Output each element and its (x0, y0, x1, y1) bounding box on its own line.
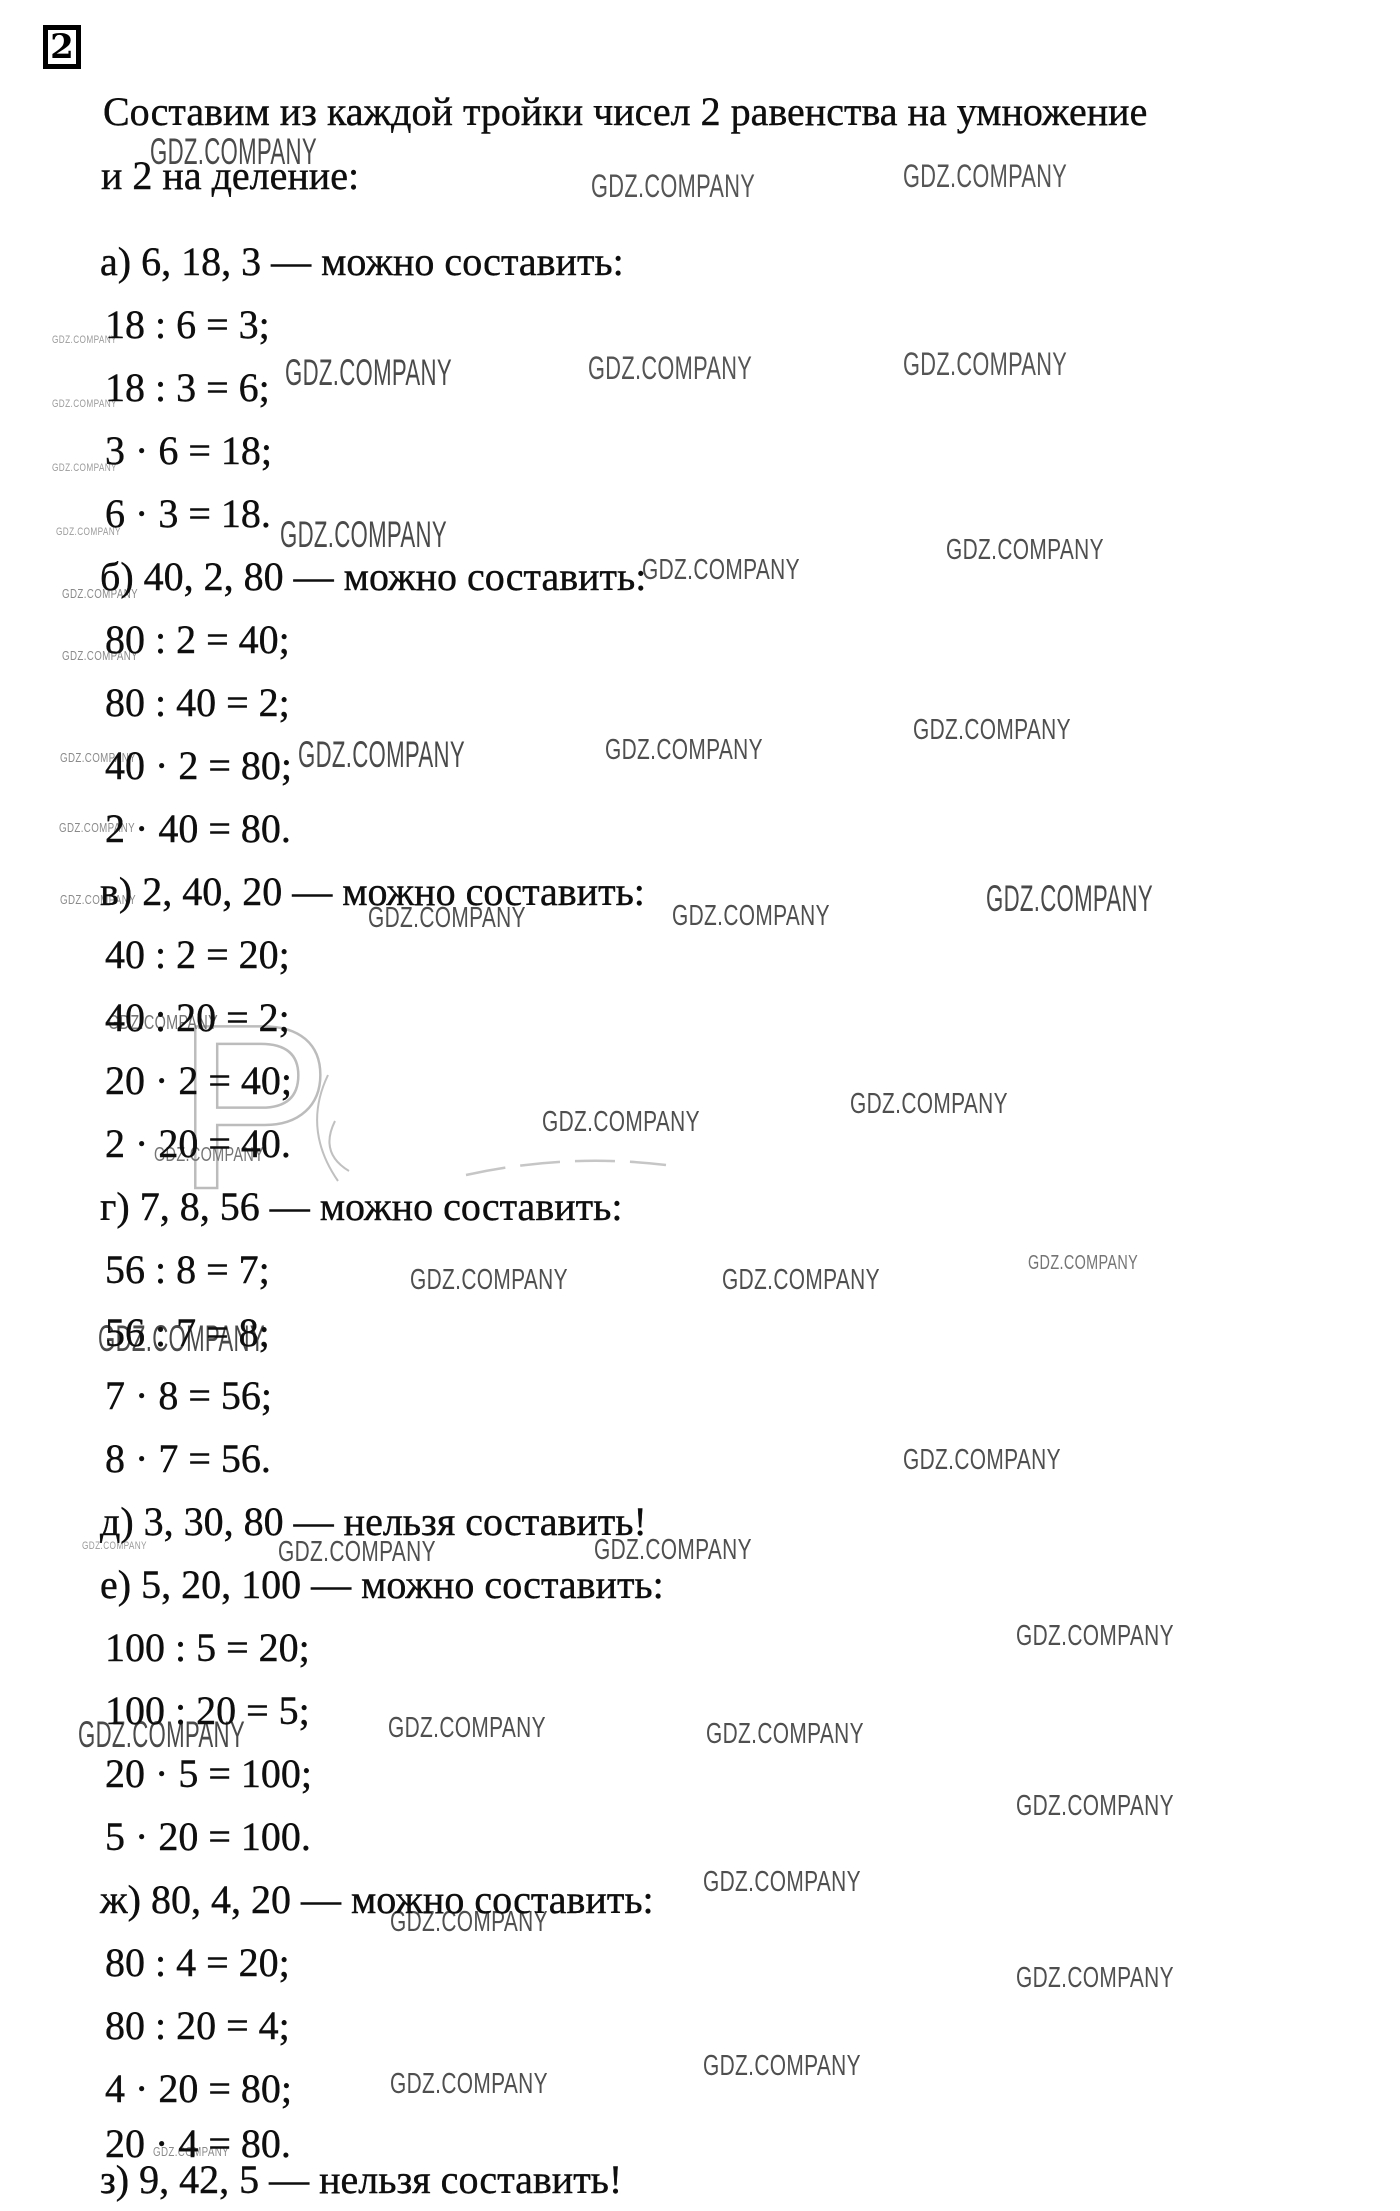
site-watermark: GDZ.COMPANY (703, 1866, 861, 1899)
equation-line: 100 : 20 = 5; (105, 1689, 310, 1733)
equation-line: 3 · 6 = 18; (105, 429, 272, 473)
equation-line: 20 · 2 = 40; (105, 1059, 292, 1103)
site-watermark: GDZ.COMPANY (913, 714, 1071, 747)
site-watermark: GDZ.COMPANY (903, 158, 1067, 195)
equation-line: 100 : 5 = 20; (105, 1626, 310, 1670)
section-heading-б: б) 40, 2, 80 — можно составить: (100, 555, 646, 599)
section-heading-е: е) 5, 20, 100 — можно составить: (100, 1563, 664, 1607)
equation-line: 80 : 4 = 20; (105, 1941, 290, 1985)
equation-line: 8 · 7 = 56. (105, 1437, 271, 1481)
site-watermark: GDZ.COMPANY (588, 350, 752, 387)
site-watermark: GDZ.COMPANY (285, 352, 452, 394)
section-heading-д: д) 3, 30, 80 — нельзя составить! (100, 1500, 647, 1544)
solution-page: Р GDZ.COMPANYGDZ.COMPANYGDZ.COMPANYGDZ.C… (0, 0, 1400, 2211)
equation-line: 6 · 3 = 18. (105, 492, 271, 536)
equation-line: 80 : 40 = 2; (105, 681, 290, 725)
site-watermark: GDZ.COMPANY (722, 1264, 880, 1297)
section-heading-ж: ж) 80, 4, 20 — можно составить: (100, 1878, 654, 1922)
site-watermark: GDZ.COMPANY (410, 1264, 568, 1297)
site-watermark: GDZ.COMPANY (903, 346, 1067, 383)
site-watermark: GDZ.COMPANY (542, 1106, 700, 1139)
site-watermark: GDZ.COMPANY (903, 1444, 1061, 1477)
equation-line: 80 : 2 = 40; (105, 618, 290, 662)
equation-line: 7 · 8 = 56; (105, 1374, 272, 1418)
site-watermark: GDZ.COMPANY (605, 734, 763, 767)
equation-line: 80 : 20 = 4; (105, 2004, 290, 2048)
site-watermark: GDZ.COMPANY (388, 1712, 546, 1745)
equation-line: 18 : 6 = 3; (105, 303, 270, 347)
equation-line: 56 : 7 = 8; (105, 1311, 270, 1355)
section-heading-з: з) 9, 42, 5 — нельзя составить! (100, 2158, 622, 2202)
site-watermark: GDZ.COMPANY (703, 2050, 861, 2083)
site-watermark: GDZ.COMPANY (1028, 1252, 1138, 1275)
equation-line: 18 : 3 = 6; (105, 366, 270, 410)
section-heading-а: а) 6, 18, 3 — можно составить: (100, 240, 624, 284)
section-heading-в: в) 2, 40, 20 — можно составить: (100, 870, 645, 914)
site-watermark: GDZ.COMPANY (390, 2068, 548, 2101)
title-line-2: и 2 на деление: (101, 152, 359, 199)
site-watermark: GDZ.COMPANY (1016, 1962, 1174, 1995)
equation-line: 20 · 5 = 100; (105, 1752, 312, 1796)
equation-line: 40 : 2 = 20; (105, 933, 290, 977)
problem-number: 2 (50, 30, 74, 64)
site-watermark: GDZ.COMPANY (642, 554, 800, 587)
site-watermark: GDZ.COMPANY (672, 900, 830, 933)
site-watermark: GDZ.COMPANY (986, 878, 1153, 920)
equation-line: 4 · 20 = 80; (105, 2067, 292, 2111)
equation-line: 2 · 20 = 40. (105, 1122, 291, 1166)
site-watermark: GDZ.COMPANY (280, 514, 447, 556)
section-heading-г: г) 7, 8, 56 — можно составить: (100, 1185, 622, 1229)
equation-line: 56 : 8 = 7; (105, 1248, 270, 1292)
equation-line: 5 · 20 = 100. (105, 1815, 311, 1859)
title-line-1: Составим из каждой тройки чисел 2 равенс… (103, 88, 1147, 135)
equation-line: 40 : 20 = 2; (105, 996, 290, 1040)
site-watermark: GDZ.COMPANY (706, 1718, 864, 1751)
site-watermark: GDZ.COMPANY (850, 1088, 1008, 1121)
site-watermark: GDZ.COMPANY (591, 168, 755, 205)
equation-line: 40 · 2 = 80; (105, 744, 292, 788)
site-watermark: GDZ.COMPANY (298, 734, 465, 776)
site-watermark: GDZ.COMPANY (1016, 1620, 1174, 1653)
site-watermark: GDZ.COMPANY (946, 534, 1104, 567)
site-watermark: GDZ.COMPANY (1016, 1790, 1174, 1823)
equation-line: 2 · 40 = 80. (105, 807, 291, 851)
problem-number-box: 2 (43, 25, 81, 69)
